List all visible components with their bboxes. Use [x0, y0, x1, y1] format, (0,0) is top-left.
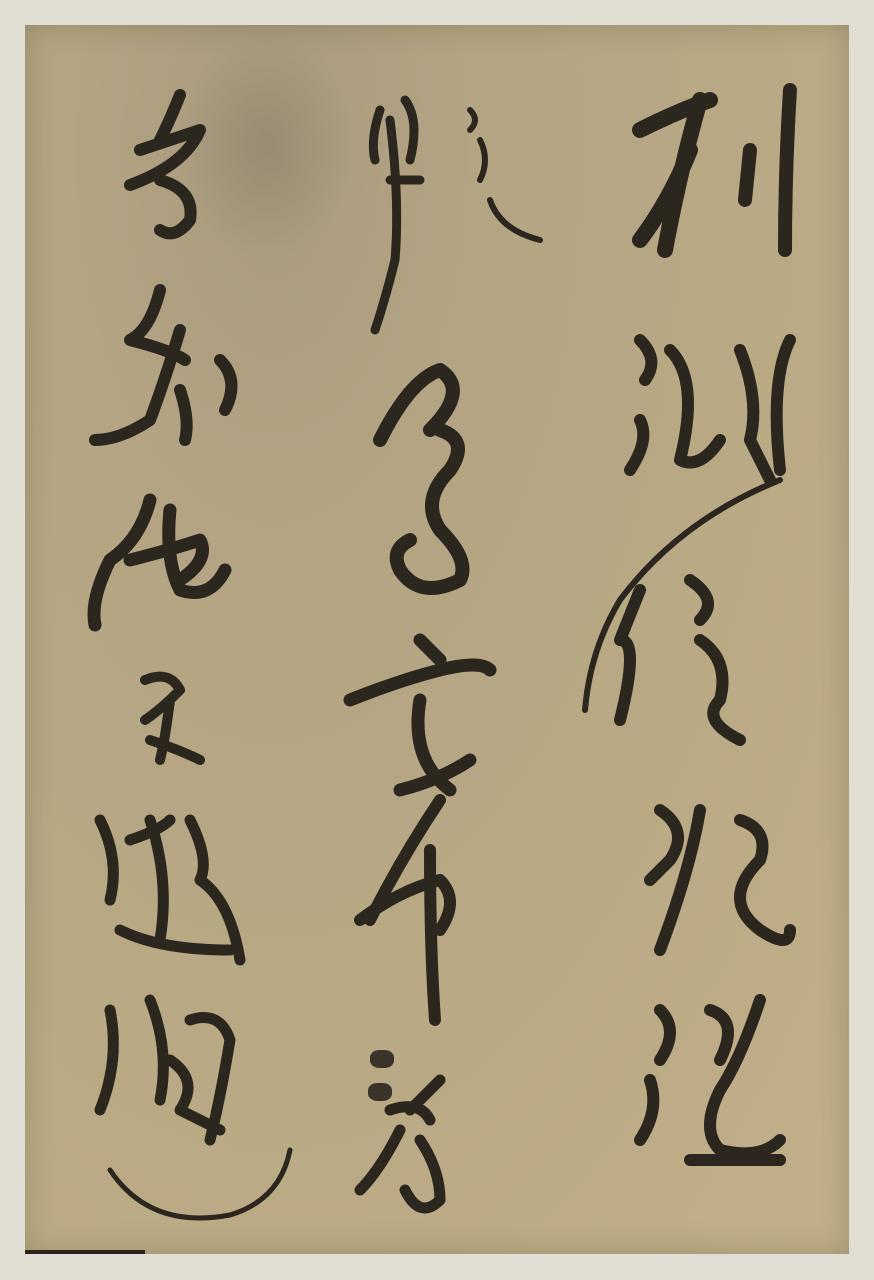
column-3-characters: [94, 95, 290, 1218]
seal-mark-1: [370, 1050, 394, 1068]
calligraphy-strokes: [0, 0, 874, 1280]
column-1-characters: [585, 90, 790, 1160]
seal-mark-2: [368, 1083, 392, 1101]
column-2-characters: [350, 100, 540, 1208]
